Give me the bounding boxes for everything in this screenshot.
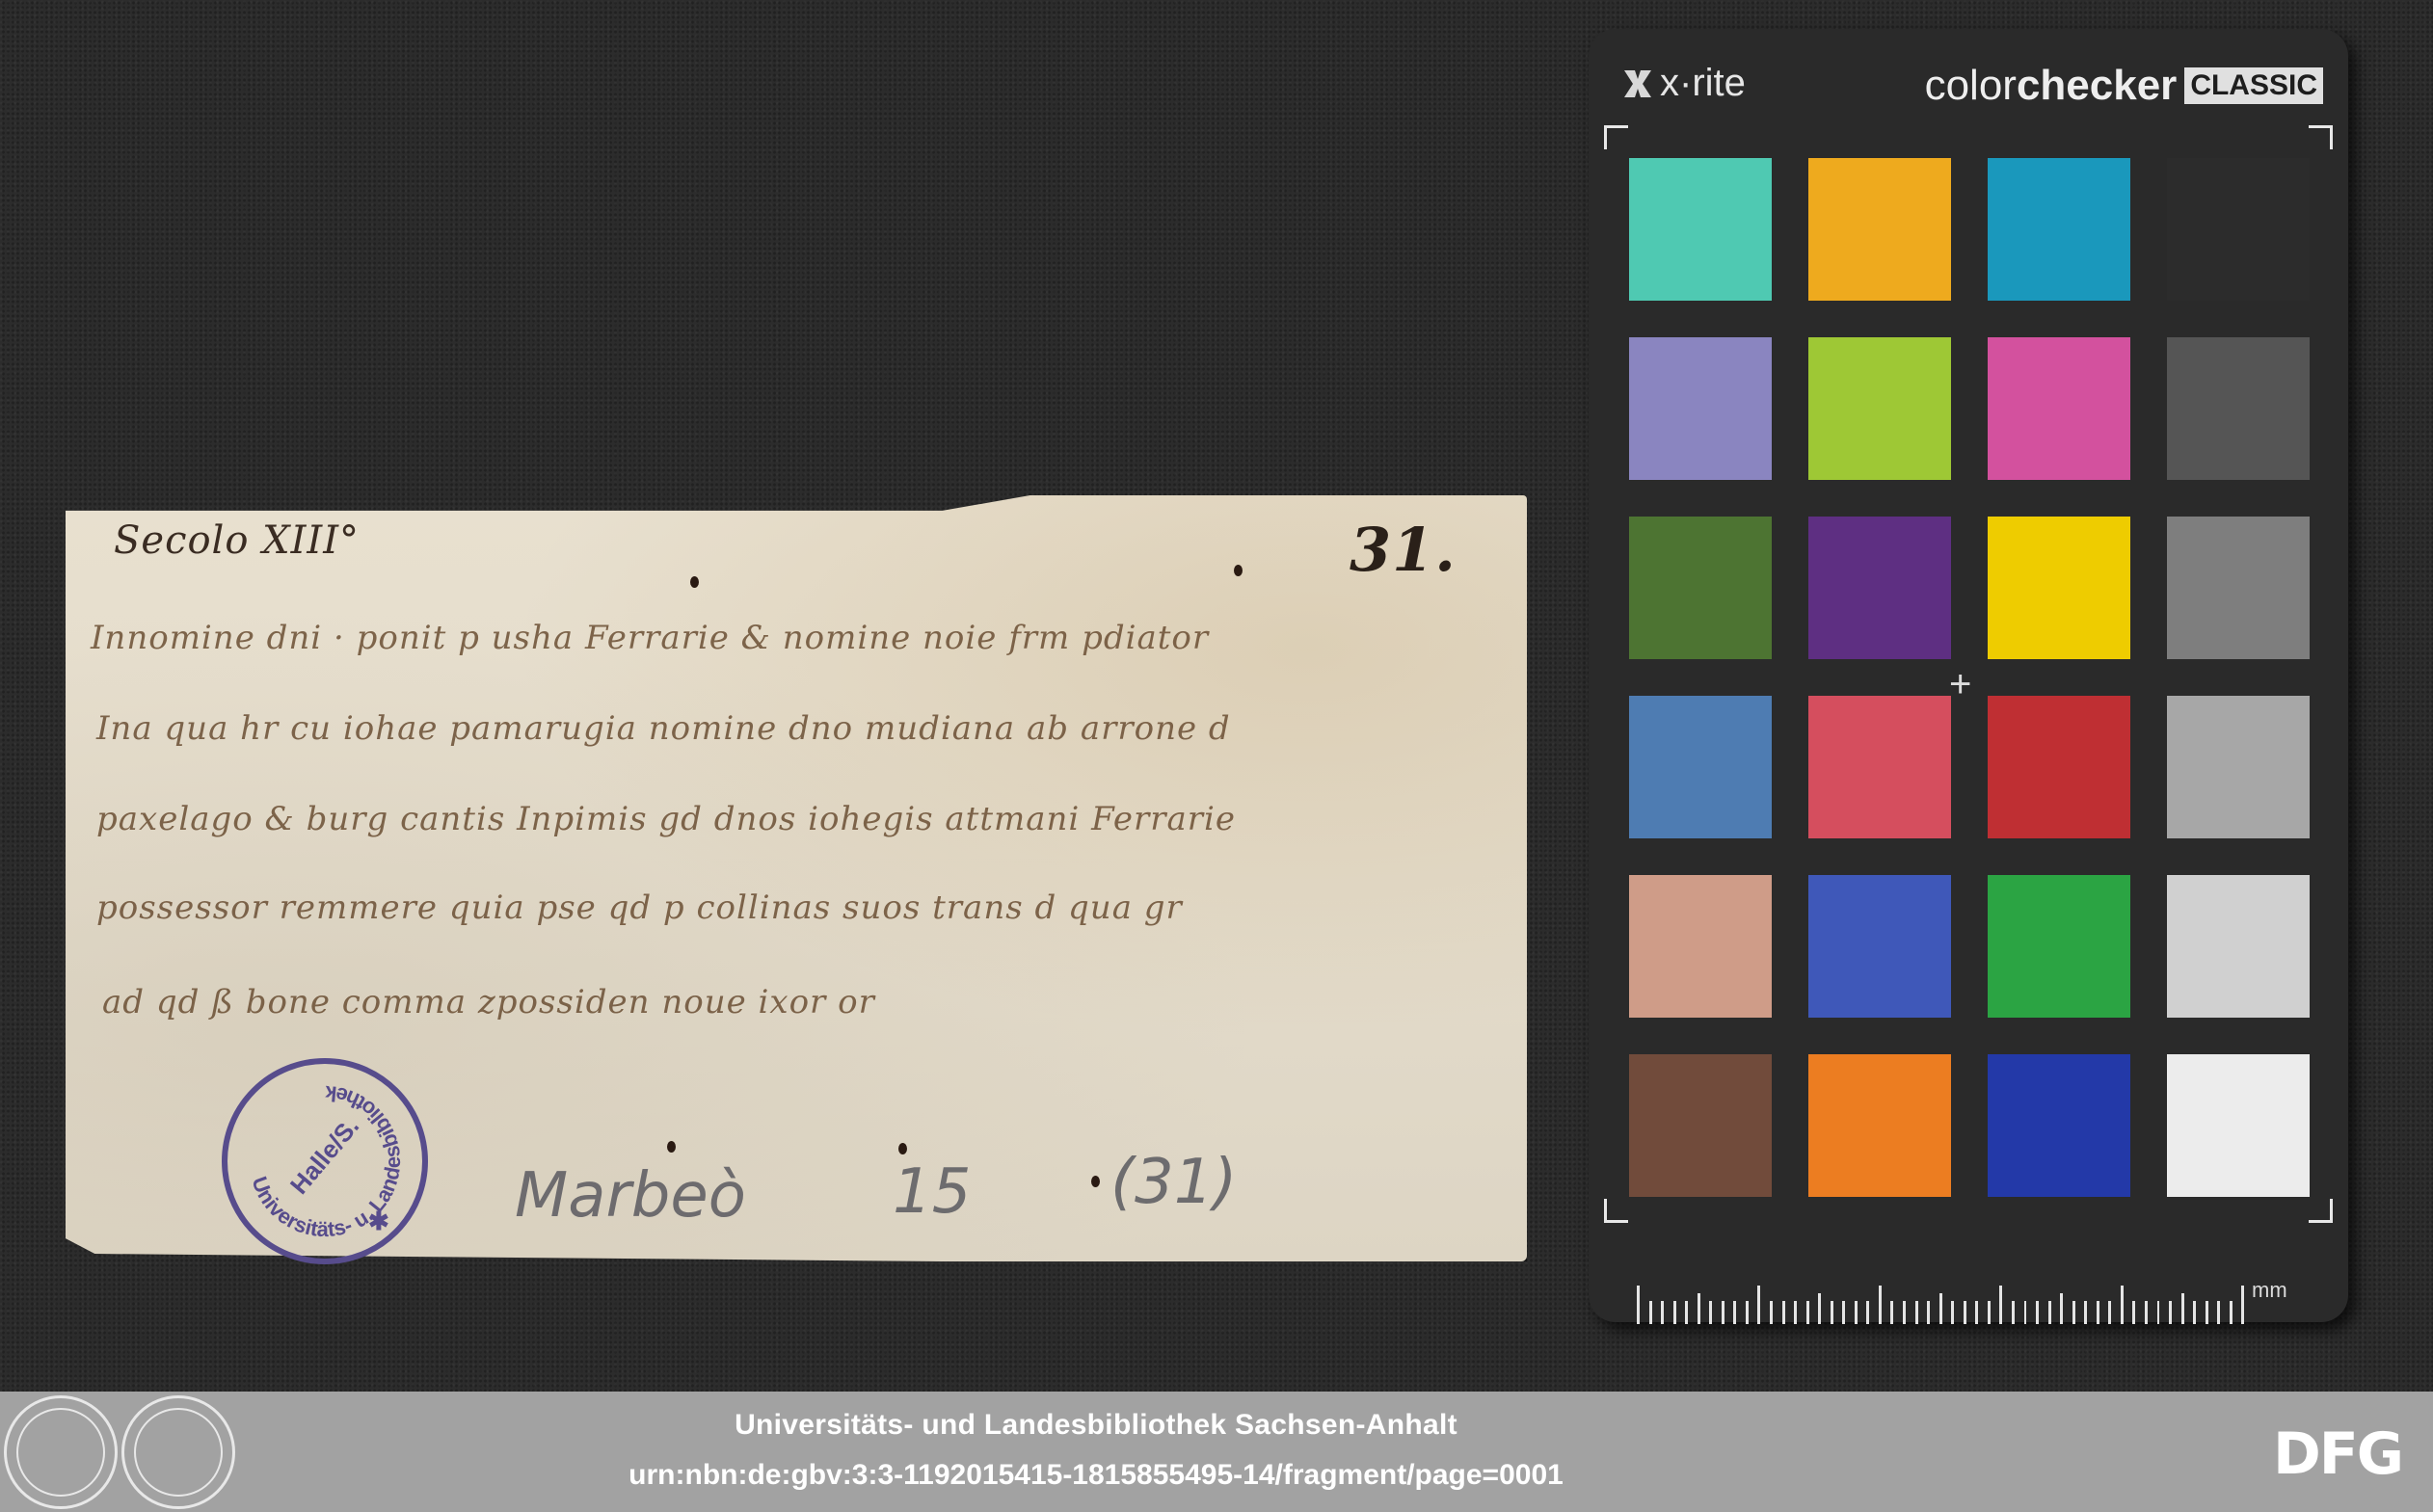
ruler-tick [2072, 1301, 2075, 1324]
ruler-tick [1927, 1301, 1930, 1324]
ruler-tick [1637, 1286, 1640, 1324]
ruler-tick [1964, 1301, 1966, 1324]
ruler-tick [1915, 1301, 1918, 1324]
color-patch [2167, 1054, 2310, 1197]
color-checker-card: x·rite color checker CLASSIC + [1589, 29, 2348, 1322]
ruler-tick [1879, 1286, 1882, 1324]
color-patch [1629, 875, 1772, 1018]
stitch-hole [690, 576, 699, 588]
script-line-3: paxelago & burg cantis Inpimis gd dnos i… [96, 800, 1236, 838]
color-patch [1988, 517, 2130, 659]
ruler-tick [1757, 1286, 1760, 1324]
library-stamp: Universitäts- u. Landesbibliothek Halle/… [222, 1058, 428, 1264]
ruler-tick [1975, 1301, 1978, 1324]
stitch-hole [1234, 565, 1243, 576]
ruler-tick [1842, 1301, 1845, 1324]
ruler-tick [2024, 1301, 2027, 1324]
ruler-tick [1649, 1301, 1652, 1324]
corner-mark-icon [2309, 1199, 2333, 1223]
ruler-tick [1685, 1301, 1688, 1324]
folio-number: 31. [1350, 515, 1457, 585]
corner-mark-icon [1604, 125, 1628, 149]
colorchecker-logo: color checker CLASSIC [1925, 62, 2323, 110]
ruler-tick [1661, 1301, 1664, 1324]
pencil-note-word: Marbeò [515, 1160, 746, 1232]
ruler-tick [2157, 1301, 2160, 1324]
xrite-logo: x·rite [1621, 62, 1746, 105]
ruler-tick [1818, 1293, 1821, 1324]
ruler-tick [2108, 1301, 2111, 1324]
ruler-tick [1709, 1301, 1712, 1324]
script-line-1: Innomine dni · ponit p usha Ferrarie & n… [91, 619, 1209, 657]
ruler-tick [1903, 1301, 1906, 1324]
crosshair-icon: + [1949, 665, 1971, 703]
color-patch [1629, 337, 1772, 480]
color-patch [2167, 696, 2310, 838]
color-patch [1629, 696, 1772, 838]
ruler-tick [1806, 1301, 1809, 1324]
script-line-5: ad qd ß bone comma zpossiden noue ixor o… [102, 983, 875, 1021]
script-line-4: possessor remmere quia pse qd p collinas… [96, 889, 1183, 927]
ruler-tick [1794, 1301, 1797, 1324]
edition-badge: CLASSIC [2184, 67, 2323, 104]
ruler-tick [2121, 1286, 2124, 1324]
xrite-mark-icon [1621, 67, 1654, 100]
mm-ruler [1637, 1282, 2254, 1324]
ruler-tick [1866, 1301, 1869, 1324]
corner-mark-icon [2309, 125, 2333, 149]
color-patch [1629, 517, 1772, 659]
brand-bold: checker [2017, 62, 2177, 110]
ruler-tick [2097, 1301, 2099, 1324]
color-patch [1988, 875, 2130, 1018]
ruler-tick [1988, 1301, 1991, 1324]
ruler-tick [1855, 1301, 1858, 1324]
ruler-tick [1673, 1301, 1676, 1324]
ruler-tick [1831, 1301, 1833, 1324]
ruler-tick [2217, 1301, 2220, 1324]
corner-mark-icon [1604, 1199, 1628, 1223]
ruler-tick [1746, 1301, 1749, 1324]
color-patch [1988, 158, 2130, 301]
color-patch [2167, 517, 2310, 659]
ruler-tick [2145, 1301, 2148, 1324]
color-patch [1808, 875, 1951, 1018]
footer-bar: Universitäts- und Landesbibliothek Sachs… [0, 1392, 2433, 1512]
ruler-tick [2241, 1286, 2244, 1324]
star-icon: ✱ [368, 1207, 389, 1236]
color-patch [2167, 158, 2310, 301]
ruler-tick [1698, 1293, 1700, 1324]
color-patch [1988, 337, 2130, 480]
color-patch [1629, 158, 1772, 301]
ruler-tick [2012, 1301, 2015, 1324]
color-patch [1808, 337, 1951, 480]
ruler-tick [2036, 1301, 2039, 1324]
ruler-tick [2181, 1293, 2184, 1324]
color-patch [2167, 337, 2310, 480]
ruler-tick [1951, 1301, 1954, 1324]
ruler-tick [2169, 1301, 2172, 1324]
color-patch [1808, 158, 1951, 301]
ruler-tick [1782, 1301, 1785, 1324]
ruler-tick [1733, 1301, 1736, 1324]
institution-name: Universitäts- und Landesbibliothek Sachs… [0, 1409, 2433, 1442]
ruler-unit: mm [2252, 1278, 2287, 1303]
ruler-tick [2132, 1301, 2135, 1324]
ruler-tick [1770, 1301, 1773, 1324]
color-patch [1808, 1054, 1951, 1197]
color-patch [1988, 696, 2130, 838]
ruler-tick [2084, 1301, 2087, 1324]
pencil-note-number: 15 [893, 1156, 971, 1228]
color-patch [1808, 696, 1951, 838]
stitch-hole [898, 1143, 907, 1154]
ruler-tick [2206, 1301, 2208, 1324]
color-patch [1629, 1054, 1772, 1197]
ruler-tick [1999, 1286, 2002, 1324]
brand-light: color [1925, 62, 2017, 110]
xrite-wordmark: x·rite [1660, 62, 1746, 105]
color-patch [1988, 1054, 2130, 1197]
stitch-hole [667, 1141, 676, 1153]
ruler-tick [1939, 1293, 1942, 1324]
color-patch [2167, 875, 2310, 1018]
header-note: Secolo XIII° [114, 518, 360, 563]
ruler-tick [2230, 1301, 2232, 1324]
stitch-hole [1091, 1176, 1100, 1187]
script-line-2: Ina qua hr cu iohae pamarugia nomine dno… [96, 709, 1231, 748]
ruler-tick [2060, 1293, 2063, 1324]
dfg-logo: DFG [2273, 1420, 2402, 1488]
ruler-tick [1890, 1301, 1893, 1324]
ruler-tick [2193, 1301, 2196, 1324]
urn-identifier[interactable]: urn:nbn:de:gbv:3:3-1192015415-1815855495… [0, 1459, 2433, 1492]
pencil-note-parenthetical: (31) [1110, 1147, 1237, 1218]
ruler-tick [2048, 1301, 2051, 1324]
color-patch [1808, 517, 1951, 659]
ruler-tick [1722, 1301, 1724, 1324]
